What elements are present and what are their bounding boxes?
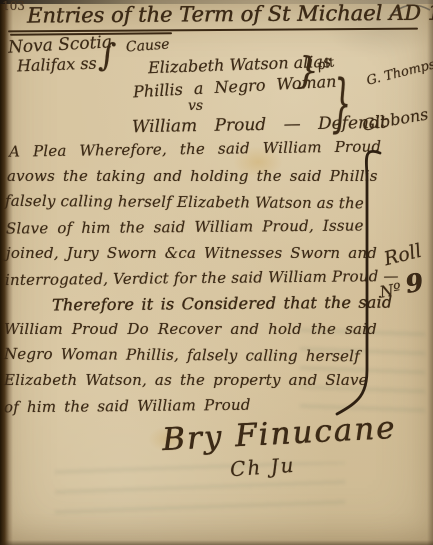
- roll-number: Nº 9: [377, 268, 425, 303]
- attorney-brace-glyph: }: [332, 70, 351, 139]
- folio-number: 103: [2, 0, 25, 13]
- jurisdiction-brace-glyph: ∫: [98, 37, 117, 73]
- judgment-line-2: William Proud Do Recover and hold the sa…: [4, 321, 377, 338]
- defendant-attorney: Gibbons: [361, 105, 430, 134]
- page-title: Entries of the Term of St Michael AD 177…: [27, 1, 433, 27]
- plea-line-5: joined, Jury Sworn &ca Witnesses Sworn a…: [6, 245, 377, 262]
- roll-number-value: 9: [403, 267, 425, 299]
- plaintiff-brace-glyph: }: [296, 52, 319, 92]
- judgment-line-4: Elizabeth Watson, as the property and Sl…: [4, 372, 368, 389]
- judgment-line-5: of him the said William Proud: [4, 397, 251, 416]
- manuscript-page: 103 Entries of the Term of St Michael AD…: [0, 0, 433, 545]
- judgment-line-3: Negro Woman Phillis, falsely calling her…: [4, 346, 360, 365]
- page-right-edge: [427, 0, 433, 545]
- plaintiff-attorney: G. Thomps.: [365, 57, 433, 89]
- versus-label: vs: [188, 99, 203, 114]
- plea-line-1: A Plea Wherefore, the said William Proud: [9, 138, 381, 160]
- signature-role: Ch Ju: [229, 454, 296, 481]
- page-bottom-edge: [0, 540, 433, 545]
- plea-line-3: falsely calling herself Elizabeth Watson…: [5, 193, 364, 212]
- cause-label: Cause: [126, 37, 171, 55]
- plea-line-2: avows the taking and holding the said Ph…: [7, 168, 378, 185]
- roll-number-label: Nº: [378, 279, 403, 301]
- title-underline: [8, 28, 418, 33]
- ink-bleedthrough: [55, 462, 345, 520]
- signature-name: Bry Finucane: [161, 411, 397, 457]
- plea-line-4: Slave of him the said William Proud, Iss…: [6, 217, 364, 237]
- jurisdiction-line-2: Halifax ss: [17, 55, 97, 75]
- jurisdiction-line-1: Nova Scotia: [8, 33, 113, 57]
